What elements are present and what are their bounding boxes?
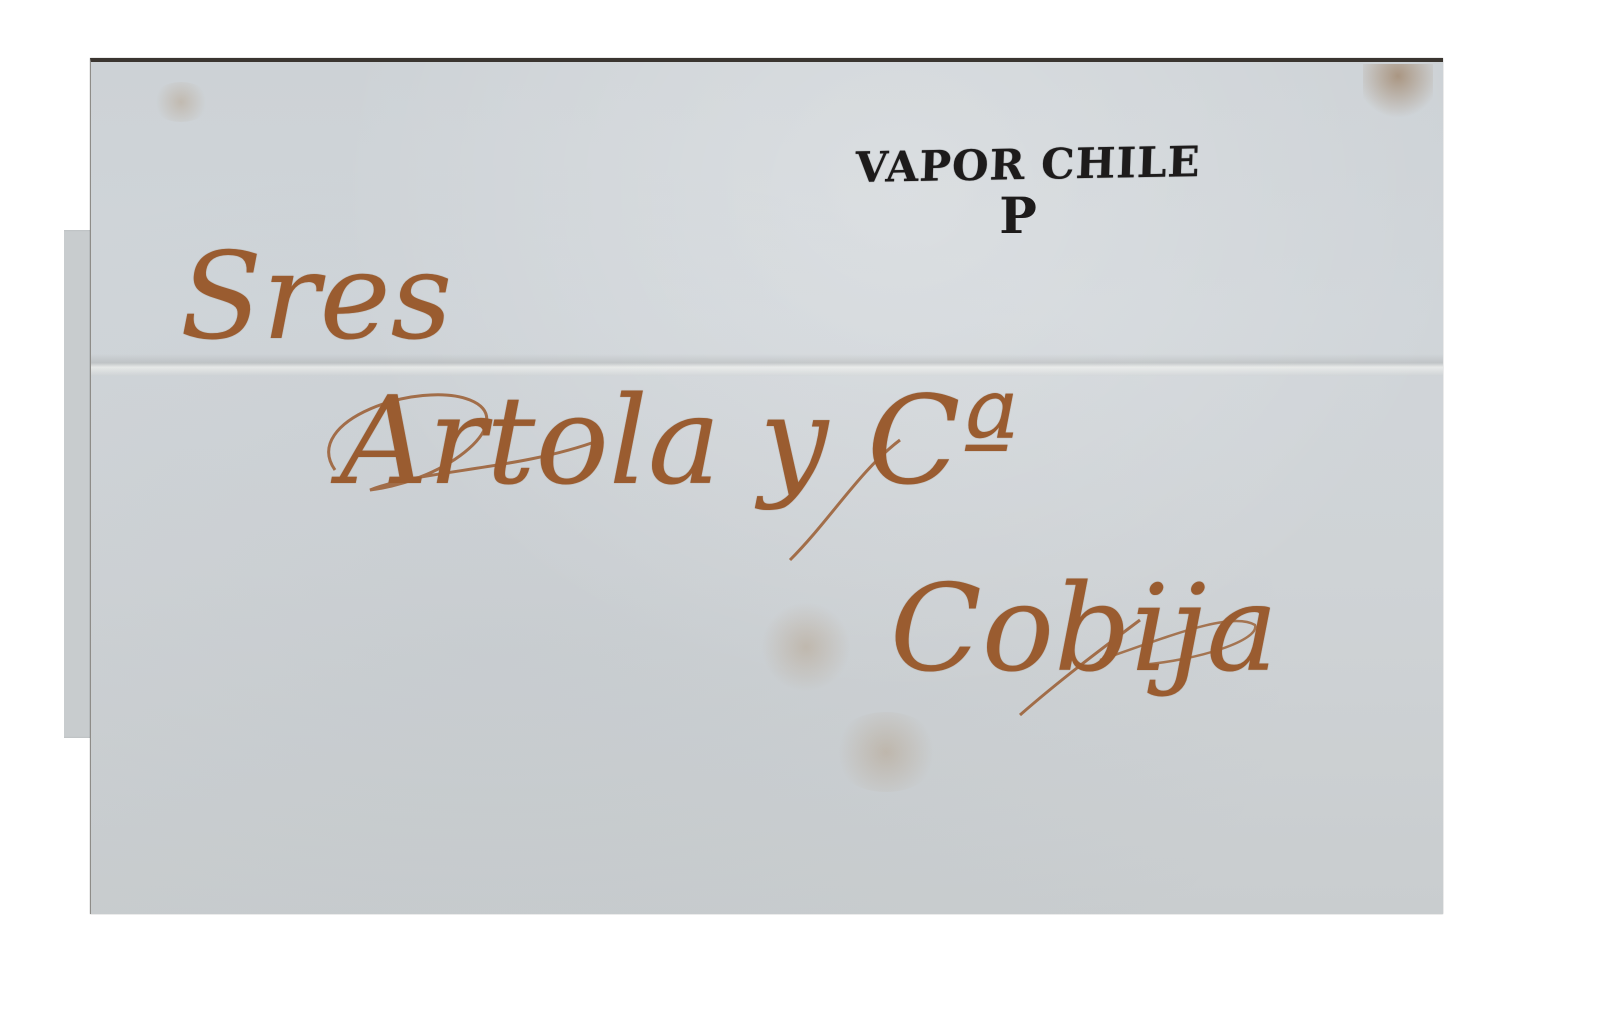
handstamp-line1: VAPOR CHILE bbox=[817, 138, 1239, 191]
handstamp-paid-p: P bbox=[798, 188, 1238, 244]
foxing-stain bbox=[831, 712, 941, 792]
address-destination: Cobija bbox=[890, 560, 1278, 699]
corner-stain bbox=[1363, 64, 1433, 124]
foxing-stain bbox=[761, 602, 851, 692]
cover-scan: VAPOR CHILE P Sres Artola y Cª Cobija bbox=[0, 0, 1600, 1021]
vapor-chile-handstamp: VAPOR CHILE P bbox=[818, 142, 1238, 244]
address-salutation: Sres bbox=[180, 228, 452, 367]
address-addressee: Artola y Cª bbox=[340, 370, 1018, 512]
foxing-stain bbox=[151, 82, 211, 122]
